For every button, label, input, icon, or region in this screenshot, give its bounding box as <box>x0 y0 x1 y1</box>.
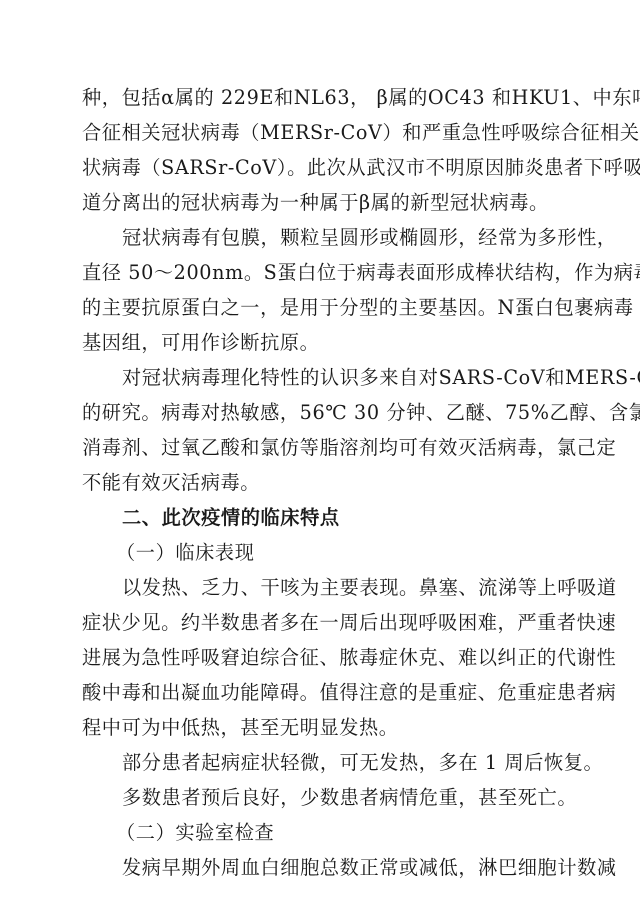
text-line: 多数患者预后良好，少数患者病情危重，甚至死亡。 <box>82 780 558 815</box>
subsection-title: （一）临床表现 <box>82 535 558 570</box>
text-line: 道分离出的冠状病毒为一种属于β属的新型冠状病毒。 <box>82 185 558 220</box>
text-line: 症状少见。约半数患者多在一周后出现呼吸困难，严重者快速 <box>82 605 558 640</box>
text-line: 对冠状病毒理化特性的认识多来自对SARS-CoV和MERS-CoV <box>82 360 558 395</box>
subsection-title: （二）实验室检查 <box>82 815 558 850</box>
text-line: 程中可为中低热，甚至无明显发热。 <box>82 710 558 745</box>
text-line: 酸中毒和出凝血功能障碍。值得注意的是重症、危重症患者病 <box>82 675 558 710</box>
text-line: 的研究。病毒对热敏感，56℃ 30 分钟、乙醚、75%乙醇、含氯 <box>82 395 558 430</box>
text-line: 不能有效灭活病毒。 <box>82 465 558 500</box>
text-line: 冠状病毒有包膜，颗粒呈圆形或椭圆形，经常为多形性， <box>82 220 558 255</box>
text-line: 状病毒（SARSr-CoV）。此次从武汉市不明原因肺炎患者下呼吸 <box>82 150 558 185</box>
text-line: 发病早期外周血白细胞总数正常或减低，淋巴细胞计数减 <box>82 850 558 885</box>
text-line: 合征相关冠状病毒（MERSr-CoV）和严重急性呼吸综合征相关冠 <box>82 115 558 150</box>
section-heading: 二、此次疫情的临床特点 <box>82 500 558 535</box>
text-line: 的主要抗原蛋白之一，是用于分型的主要基因。N蛋白包裹病毒 <box>82 290 558 325</box>
text-line: 基因组，可用作诊断抗原。 <box>82 325 558 360</box>
text-line: 部分患者起病症状轻微，可无发热，多在 1 周后恢复。 <box>82 745 558 780</box>
text-line: 消毒剂、过氧乙酸和氯仿等脂溶剂均可有效灭活病毒，氯己定 <box>82 430 558 465</box>
document-page: 种，包括α属的 229E和NL63， β属的OC43 和HKU1、中东呼吸综 合… <box>82 80 558 885</box>
text-line: 进展为急性呼吸窘迫综合征、脓毒症休克、难以纠正的代谢性 <box>82 640 558 675</box>
text-line: 直径 50～200nm。S蛋白位于病毒表面形成棒状结构，作为病毒 <box>82 255 558 290</box>
text-line: 种，包括α属的 229E和NL63， β属的OC43 和HKU1、中东呼吸综 <box>82 80 558 115</box>
text-line: 以发热、乏力、干咳为主要表现。鼻塞、流涕等上呼吸道 <box>82 570 558 605</box>
